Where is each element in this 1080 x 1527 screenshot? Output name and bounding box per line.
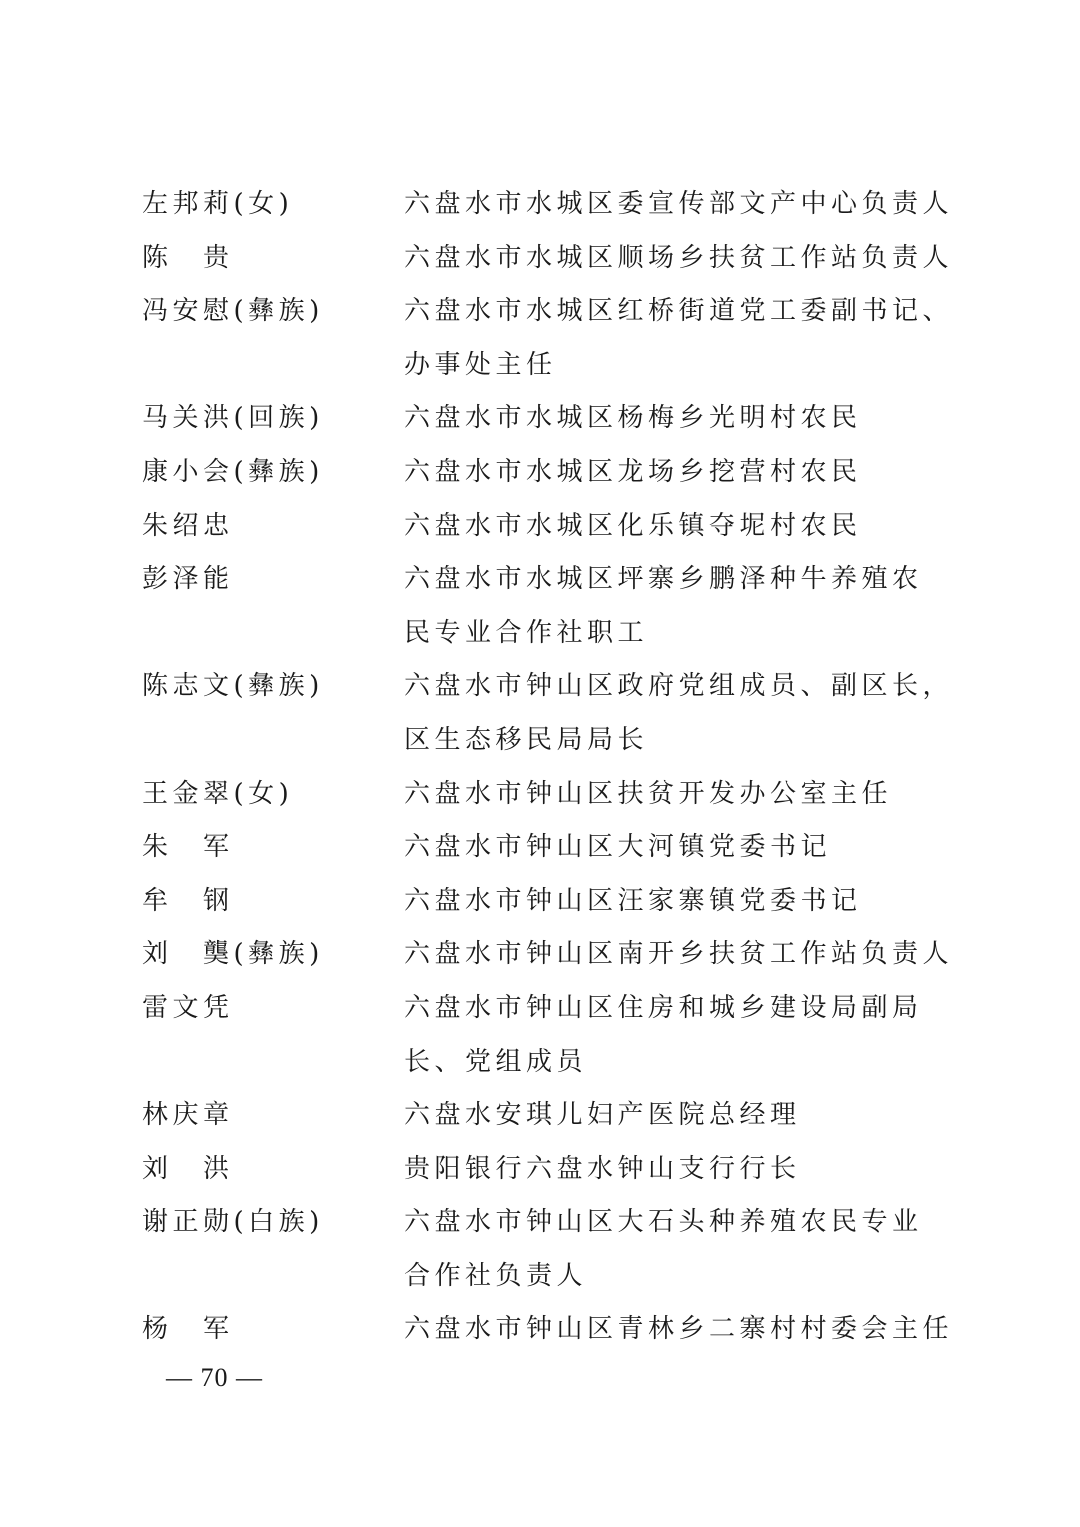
person-position: 六盘水市钟山区大石头种养殖农民专业合作社负责人 xyxy=(404,1196,962,1303)
person-name: 王金翠(女) xyxy=(142,768,404,822)
person-name: 陈 贵 xyxy=(142,232,404,286)
person-name: 朱 军 xyxy=(142,821,404,875)
list-item: 朱绍忠六盘水市水城区化乐镇夺坭村农民 xyxy=(142,500,962,554)
list-item: 林庆章六盘水安琪儿妇产医院总经理 xyxy=(142,1089,962,1143)
position-line: 六盘水市水城区坪寨乡鹏泽种牛养殖农 xyxy=(404,553,962,607)
list-item: 杨 军六盘水市钟山区青林乡二寨村村委会主任 xyxy=(142,1303,962,1357)
person-name: 林庆章 xyxy=(142,1089,404,1143)
position-line: 六盘水市钟山区扶贫开发办公室主任 xyxy=(404,768,962,822)
person-name: 朱绍忠 xyxy=(142,500,404,554)
person-name: 杨 军 xyxy=(142,1303,404,1357)
person-position: 六盘水市水城区龙场乡挖营村农民 xyxy=(404,446,962,500)
position-line: 民专业合作社职工 xyxy=(404,607,962,661)
person-name: 陈志文(彝族) xyxy=(142,660,404,714)
person-name: 康小会(彝族) xyxy=(142,446,404,500)
person-position: 六盘水市水城区委宣传部文产中心负责人 xyxy=(404,178,962,232)
person-position: 六盘水市水城区红桥街道党工委副书记、办事处主任 xyxy=(404,285,962,392)
person-position: 六盘水安琪儿妇产医院总经理 xyxy=(404,1089,962,1143)
person-name: 左邦莉(女) xyxy=(142,178,404,232)
position-line: 贵阳银行六盘水钟山支行行长 xyxy=(404,1143,962,1197)
position-line: 六盘水市钟山区住房和城乡建设局副局 xyxy=(404,982,962,1036)
list-item: 陈 贵六盘水市水城区顺场乡扶贫工作站负责人 xyxy=(142,232,962,286)
person-name: 刘 洪 xyxy=(142,1143,404,1197)
person-position: 六盘水市钟山区青林乡二寨村村委会主任 xyxy=(404,1303,962,1357)
position-line: 合作社负责人 xyxy=(404,1250,962,1304)
person-name: 马关洪(回族) xyxy=(142,392,404,446)
position-line: 六盘水市钟山区汪家寨镇党委书记 xyxy=(404,875,962,929)
position-line: 六盘水安琪儿妇产医院总经理 xyxy=(404,1089,962,1143)
person-name: 彭泽能 xyxy=(142,553,404,607)
person-position: 六盘水市水城区顺场乡扶贫工作站负责人 xyxy=(404,232,962,286)
list-item: 谢正勋(白族)六盘水市钟山区大石头种养殖农民专业合作社负责人 xyxy=(142,1196,962,1303)
person-position: 六盘水市钟山区南开乡扶贫工作站负责人 xyxy=(404,928,962,982)
list-item: 雷文凭六盘水市钟山区住房和城乡建设局副局长、党组成员 xyxy=(142,982,962,1089)
person-position: 六盘水市水城区杨梅乡光明村农民 xyxy=(404,392,962,446)
position-line: 六盘水市钟山区政府党组成员、副区长， xyxy=(404,660,962,714)
position-line: 六盘水市水城区红桥街道党工委副书记、 xyxy=(404,285,962,339)
honoree-list: 左邦莉(女)六盘水市水城区委宣传部文产中心负责人陈 贵六盘水市水城区顺场乡扶贫工… xyxy=(142,178,962,1357)
position-line: 六盘水市水城区化乐镇夺坭村农民 xyxy=(404,500,962,554)
list-item: 冯安慰(彝族)六盘水市水城区红桥街道党工委副书记、办事处主任 xyxy=(142,285,962,392)
person-position: 贵阳银行六盘水钟山支行行长 xyxy=(404,1143,962,1197)
position-line: 六盘水市水城区杨梅乡光明村农民 xyxy=(404,392,962,446)
position-line: 办事处主任 xyxy=(404,339,962,393)
position-line: 六盘水市水城区委宣传部文产中心负责人 xyxy=(404,178,962,232)
person-position: 六盘水市钟山区大河镇党委书记 xyxy=(404,821,962,875)
list-item: 刘 洪贵阳银行六盘水钟山支行行长 xyxy=(142,1143,962,1197)
list-item: 彭泽能六盘水市水城区坪寨乡鹏泽种牛养殖农民专业合作社职工 xyxy=(142,553,962,660)
person-position: 六盘水市钟山区住房和城乡建设局副局长、党组成员 xyxy=(404,982,962,1089)
document-page: 左邦莉(女)六盘水市水城区委宣传部文产中心负责人陈 贵六盘水市水城区顺场乡扶贫工… xyxy=(0,0,1080,1527)
person-name: 牟 钢 xyxy=(142,875,404,929)
list-item: 康小会(彝族)六盘水市水城区龙场乡挖营村农民 xyxy=(142,446,962,500)
position-line: 六盘水市水城区龙场乡挖营村农民 xyxy=(404,446,962,500)
person-position: 六盘水市水城区坪寨乡鹏泽种牛养殖农民专业合作社职工 xyxy=(404,553,962,660)
position-line: 六盘水市钟山区大河镇党委书记 xyxy=(404,821,962,875)
position-line: 六盘水市钟山区南开乡扶贫工作站负责人 xyxy=(404,928,962,982)
person-position: 六盘水市钟山区汪家寨镇党委书记 xyxy=(404,875,962,929)
list-item: 马关洪(回族)六盘水市水城区杨梅乡光明村农民 xyxy=(142,392,962,446)
position-line: 六盘水市水城区顺场乡扶贫工作站负责人 xyxy=(404,232,962,286)
position-line: 区生态移民局局长 xyxy=(404,714,962,768)
list-item: 左邦莉(女)六盘水市水城区委宣传部文产中心负责人 xyxy=(142,178,962,232)
position-line: 长、党组成员 xyxy=(404,1036,962,1090)
list-item: 牟 钢六盘水市钟山区汪家寨镇党委书记 xyxy=(142,875,962,929)
person-name: 刘 龑(彝族) xyxy=(142,928,404,982)
list-item: 陈志文(彝族)六盘水市钟山区政府党组成员、副区长，区生态移民局局长 xyxy=(142,660,962,767)
person-position: 六盘水市钟山区政府党组成员、副区长，区生态移民局局长 xyxy=(404,660,962,767)
position-line: 六盘水市钟山区大石头种养殖农民专业 xyxy=(404,1196,962,1250)
list-item: 朱 军六盘水市钟山区大河镇党委书记 xyxy=(142,821,962,875)
page-number: — 70 — xyxy=(166,1360,263,1396)
person-name: 雷文凭 xyxy=(142,982,404,1036)
position-line: 六盘水市钟山区青林乡二寨村村委会主任 xyxy=(404,1303,962,1357)
person-name: 谢正勋(白族) xyxy=(142,1196,404,1250)
list-item: 刘 龑(彝族)六盘水市钟山区南开乡扶贫工作站负责人 xyxy=(142,928,962,982)
person-position: 六盘水市钟山区扶贫开发办公室主任 xyxy=(404,768,962,822)
person-position: 六盘水市水城区化乐镇夺坭村农民 xyxy=(404,500,962,554)
list-item: 王金翠(女)六盘水市钟山区扶贫开发办公室主任 xyxy=(142,768,962,822)
person-name: 冯安慰(彝族) xyxy=(142,285,404,339)
